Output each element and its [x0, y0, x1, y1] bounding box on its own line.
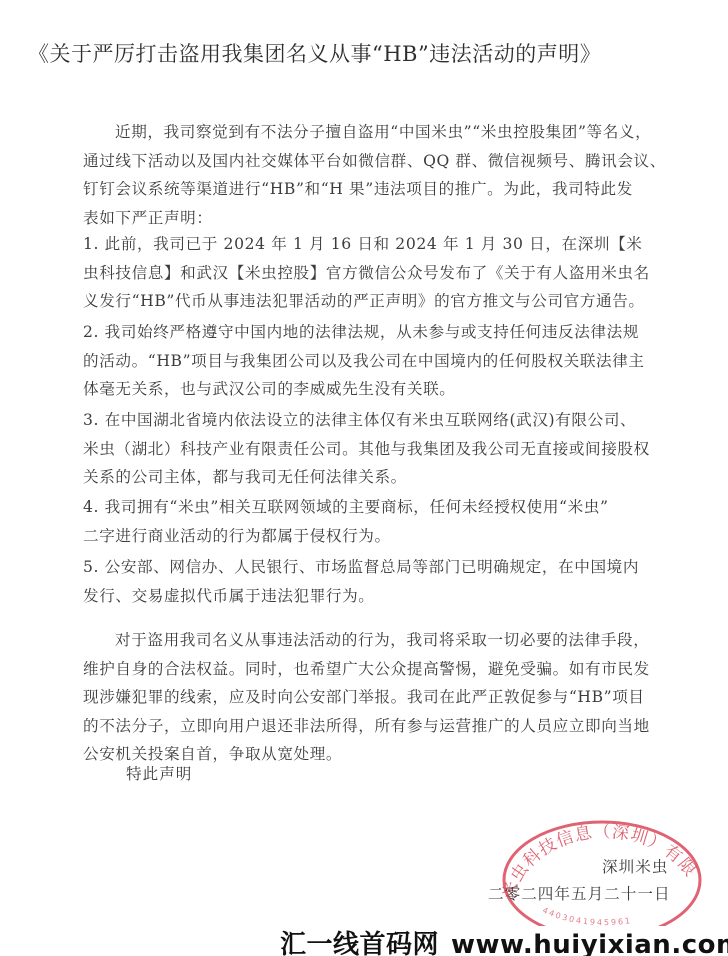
text-line: 的不法分子，立即向用户退还非法所得，所有参与运营推广的人员应立即向当地 — [83, 712, 681, 741]
signature-company: 深圳米虫 — [602, 855, 668, 877]
statement-item-3: 3. 在中国湖北省境内依法设立的法律主体仅有米虫互联网络(武汉)有限公司、 米虫… — [83, 406, 681, 492]
text-line: 2. 我司始终严格遵守中国内地的法律法规，从未参与或支持任何违反法律法规 — [83, 318, 681, 347]
text-line: 虫科技信息】和武汉【米虫控股】官方微信公众号发布了《关于有人盗用米虫名 — [83, 259, 681, 288]
text-line: 通过线下活动以及国内社交媒体平台如微信群、QQ 群、微信视频号、腾讯会议、 — [83, 147, 681, 176]
text-line: 义发行“HB”代币从事违法犯罪活动的严正声明》的官方推文与公司官方通告。 — [83, 287, 681, 316]
text-line: 5. 公安部、网信办、人民银行、市场监督总局等部门已明确规定，在中国境内 — [83, 553, 681, 582]
statement-item-1: 1. 此前，我司已于 2024 年 1 月 16 日和 2024 年 1 月 3… — [83, 230, 681, 316]
text-line: 发行、交易虚拟代币属于违法犯罪行为。 — [83, 582, 681, 611]
watermark-site-name: 汇一线首码网 — [280, 930, 439, 956]
statement-item-2: 2. 我司始终严格遵守中国内地的法律法规，从未参与或支持任何违反法律法规 的活动… — [83, 318, 681, 404]
text-line: 维护自身的合法权益。同时，也希望广大公众提高警惕，避免受骗。如有市民发 — [83, 655, 681, 684]
text-line: 近期，我司察觉到有不法分子擅自盗用“中国米虫”“米虫控股集团”等名义， — [83, 118, 681, 147]
text-line: 1. 此前，我司已于 2024 年 1 月 16 日和 2024 年 1 月 3… — [83, 230, 681, 259]
intro-paragraph: 近期，我司察觉到有不法分子擅自盗用“中国米虫”“米虫控股集团”等名义， 通过线下… — [83, 118, 681, 232]
statement-item-4: 4. 我司拥有“米虫”相关互联网领域的主要商标，任何未经授权使用“米虫” 二字进… — [83, 493, 681, 550]
text-line: 体毫无关系，也与武汉公司的李威威先生没有关联。 — [83, 375, 681, 404]
svg-text:4403041945961: 4403041945961 — [541, 906, 633, 926]
watermark-url: www.huiyixian.com — [451, 930, 728, 956]
text-line: 关系的公司主体，都与我司无任何法律关系。 — [83, 463, 681, 492]
site-watermark: 汇一线首码网www.huiyixian.com — [280, 924, 728, 956]
text-line: 对于盗用我司名义从事违法活动的行为，我司将采取一切必要的法律手段， — [83, 626, 681, 655]
text-line: 米虫（湖北）科技产业有限责任公司。其他与我集团及我公司无直接或间接股权 — [83, 435, 681, 464]
signature-date: 二零二四年五月二十一日 — [488, 882, 671, 904]
text-line: 钉钉会议系统等渠道进行“HB”和“H 果”违法项目的推广。为此，我司特此发 — [83, 175, 681, 204]
closing-statement: 特此声明 — [126, 762, 192, 784]
statement-item-5: 5. 公安部、网信办、人民银行、市场监督总局等部门已明确规定，在中国境内 发行、… — [83, 553, 681, 610]
text-line: 现涉嫌犯罪的线索，应及时向公安部门举报。我司在此严正敦促参与“HB”项目 — [83, 683, 681, 712]
conclusion-paragraph: 对于盗用我司名义从事违法活动的行为，我司将采取一切必要的法律手段， 维护自身的合… — [83, 626, 681, 769]
document-title: 《关于严厉打击盗用我集团名义从事“HB”违法活动的声明》 — [28, 38, 708, 68]
text-line: 的活动。“HB”项目与我集团公司以及我公司在中国境内的任何股权关联法律主 — [83, 347, 681, 376]
text-line: 3. 在中国湖北省境内依法设立的法律主体仅有米虫互联网络(武汉)有限公司、 — [83, 406, 681, 435]
text-line: 表如下严正声明： — [83, 204, 681, 233]
text-line: 二字进行商业活动的行为都属于侵权行为。 — [83, 522, 681, 551]
document-page: 《关于严厉打击盗用我集团名义从事“HB”违法活动的声明》 近期，我司察觉到有不法… — [0, 0, 728, 956]
text-line: 4. 我司拥有“米虫”相关互联网领域的主要商标，任何未经授权使用“米虫” — [83, 493, 681, 522]
company-seal-icon: 米虫科技信息（深圳）有限公司 4403041945961 — [492, 808, 702, 926]
